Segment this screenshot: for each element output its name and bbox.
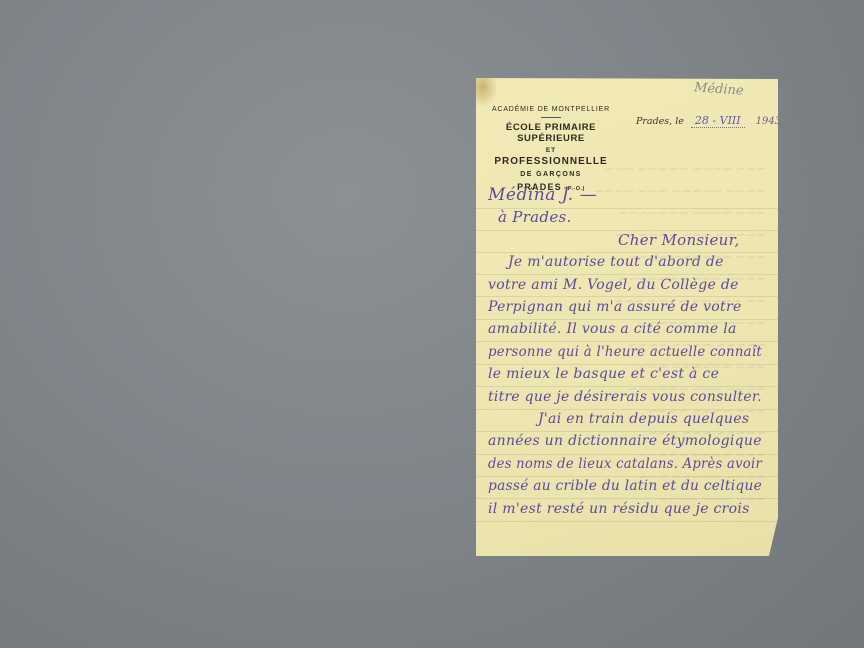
addressee-location: à Prades. — [488, 206, 778, 228]
letterhead-ecole: ÉCOLE PRIMAIRE SUPÉRIEURE — [476, 122, 626, 144]
letter-sheet: ~~~ ~~~~ ~~~~~ ~~~~~~~ ~~~~~ ~~~ ~~~~~~~… — [476, 78, 778, 556]
letterhead-professionnelle: PROFESSIONNELLE — [476, 156, 626, 167]
body-line: le mieux le basque et c'est à ce — [488, 363, 778, 385]
body-line: années un dictionnaire étymologique — [488, 430, 778, 452]
body-line: votre ami M. Vogel, du Collège de — [488, 274, 778, 296]
ruled-line — [476, 521, 778, 522]
body-line: passé au crible du latin et du celtique — [488, 475, 778, 497]
body-line: personne qui à l'heure actuelle connaît — [488, 341, 778, 363]
letter-body: Médina J. — à Prades. Cher Monsieur, Je … — [488, 186, 778, 520]
letterhead-et: ET — [476, 147, 626, 154]
letterhead-garcons: DE GARÇONS — [476, 171, 626, 178]
letterhead-academie: ACADÉMIE DE MONTPELLIER — [476, 106, 626, 113]
archive-annotation: Médine — [694, 80, 744, 98]
body-line: il m'est resté un résidu que je crois — [488, 498, 778, 520]
salutation: Cher Monsieur, — [488, 229, 778, 251]
body-line: Perpignan qui m'a assuré de votre — [488, 296, 778, 318]
dateline: Prades, le 28 - VIII 1943 — [636, 114, 778, 127]
body-line: J'ai en train depuis quelques — [488, 408, 778, 430]
letterhead-divider — [541, 117, 561, 118]
dateline-date: 28 - VIII — [691, 114, 745, 128]
body-line: des noms de lieux catalans. Après avoir — [488, 453, 778, 475]
body-line: Je m'autorise tout d'abord de — [488, 251, 778, 273]
dateline-year: 1943 — [752, 116, 778, 127]
dateline-place: Prades, le — [636, 116, 684, 127]
paper-stain — [476, 78, 498, 108]
letterhead: ACADÉMIE DE MONTPELLIER ÉCOLE PRIMAIRE S… — [476, 106, 626, 192]
body-line: titre que je désirerais vous consulter. — [488, 386, 778, 408]
addressee-name: Médina J. — — [488, 184, 778, 206]
body-line: amabilité. Il vous a cité comme la — [488, 318, 778, 340]
